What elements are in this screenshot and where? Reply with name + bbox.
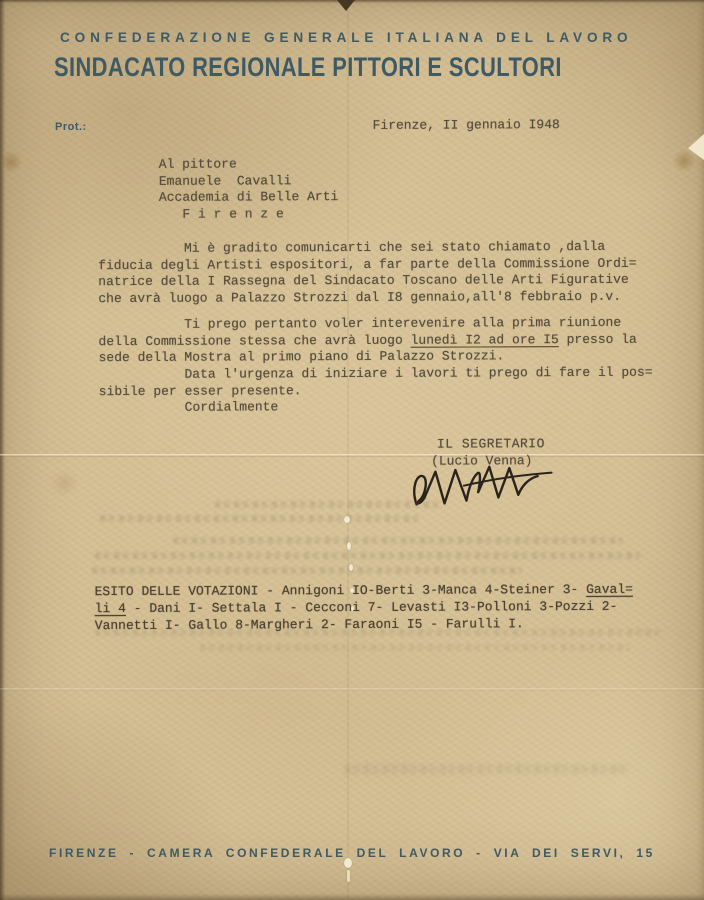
secretary-title: IL SEGRETARIO [437, 436, 545, 453]
stain-spot [672, 150, 696, 172]
votes-underlined-1: Gaval= [586, 582, 633, 597]
paper-hole [350, 588, 354, 593]
recipient-block: Al pittore Emanuele Cavalli Accademia di… [159, 156, 339, 223]
body-paragraph-2: Ti prego pertanto voler interevenire all… [98, 315, 637, 367]
bleed-through-text [95, 629, 660, 636]
votes-paragraph: ESITO DELLE VOTAZIONI - Annigoni IO-Bert… [95, 581, 634, 634]
votes-text-pre: ESITO DELLE VOTAZIONI - Annigoni IO-Bert… [95, 582, 587, 599]
bleed-through-text [173, 537, 623, 544]
body-paragraph-1: Mi è gradito comunicarti che sei stato c… [98, 239, 637, 307]
stain-spot [50, 470, 80, 496]
body-paragraph-3: Data l'urgenza di iniziare i lavori ti p… [99, 365, 653, 417]
paper-hole [344, 516, 350, 523]
date-line: Firenze, II gennaio I948 [373, 117, 560, 134]
bleed-through-smudge [345, 764, 630, 774]
paper-hole-streak [347, 870, 350, 882]
paper-hole [347, 542, 351, 550]
votes-text-post: - Dani I- Settala I - Cecconi 7- Levasti… [95, 599, 618, 633]
stain-spot [0, 150, 22, 174]
paper-hole [349, 564, 353, 571]
bleed-through-text [200, 644, 630, 651]
paper-hole [344, 858, 352, 868]
bleed-through-text [215, 501, 440, 508]
paper-tear-top-notch [337, 0, 355, 11]
letter-sheet: CONFEDERAZIONE GENERALE ITALIANA DEL LAV… [0, 0, 704, 900]
meeting-datetime-underlined: lunedì I2 ad ore I5 [411, 332, 559, 348]
signature-stroke [413, 465, 538, 504]
paper-hole [351, 606, 354, 611]
bleed-through-text [95, 552, 640, 559]
bleed-through-text [92, 567, 522, 574]
bleed-through-text [100, 515, 420, 522]
handwritten-signature [405, 453, 563, 520]
